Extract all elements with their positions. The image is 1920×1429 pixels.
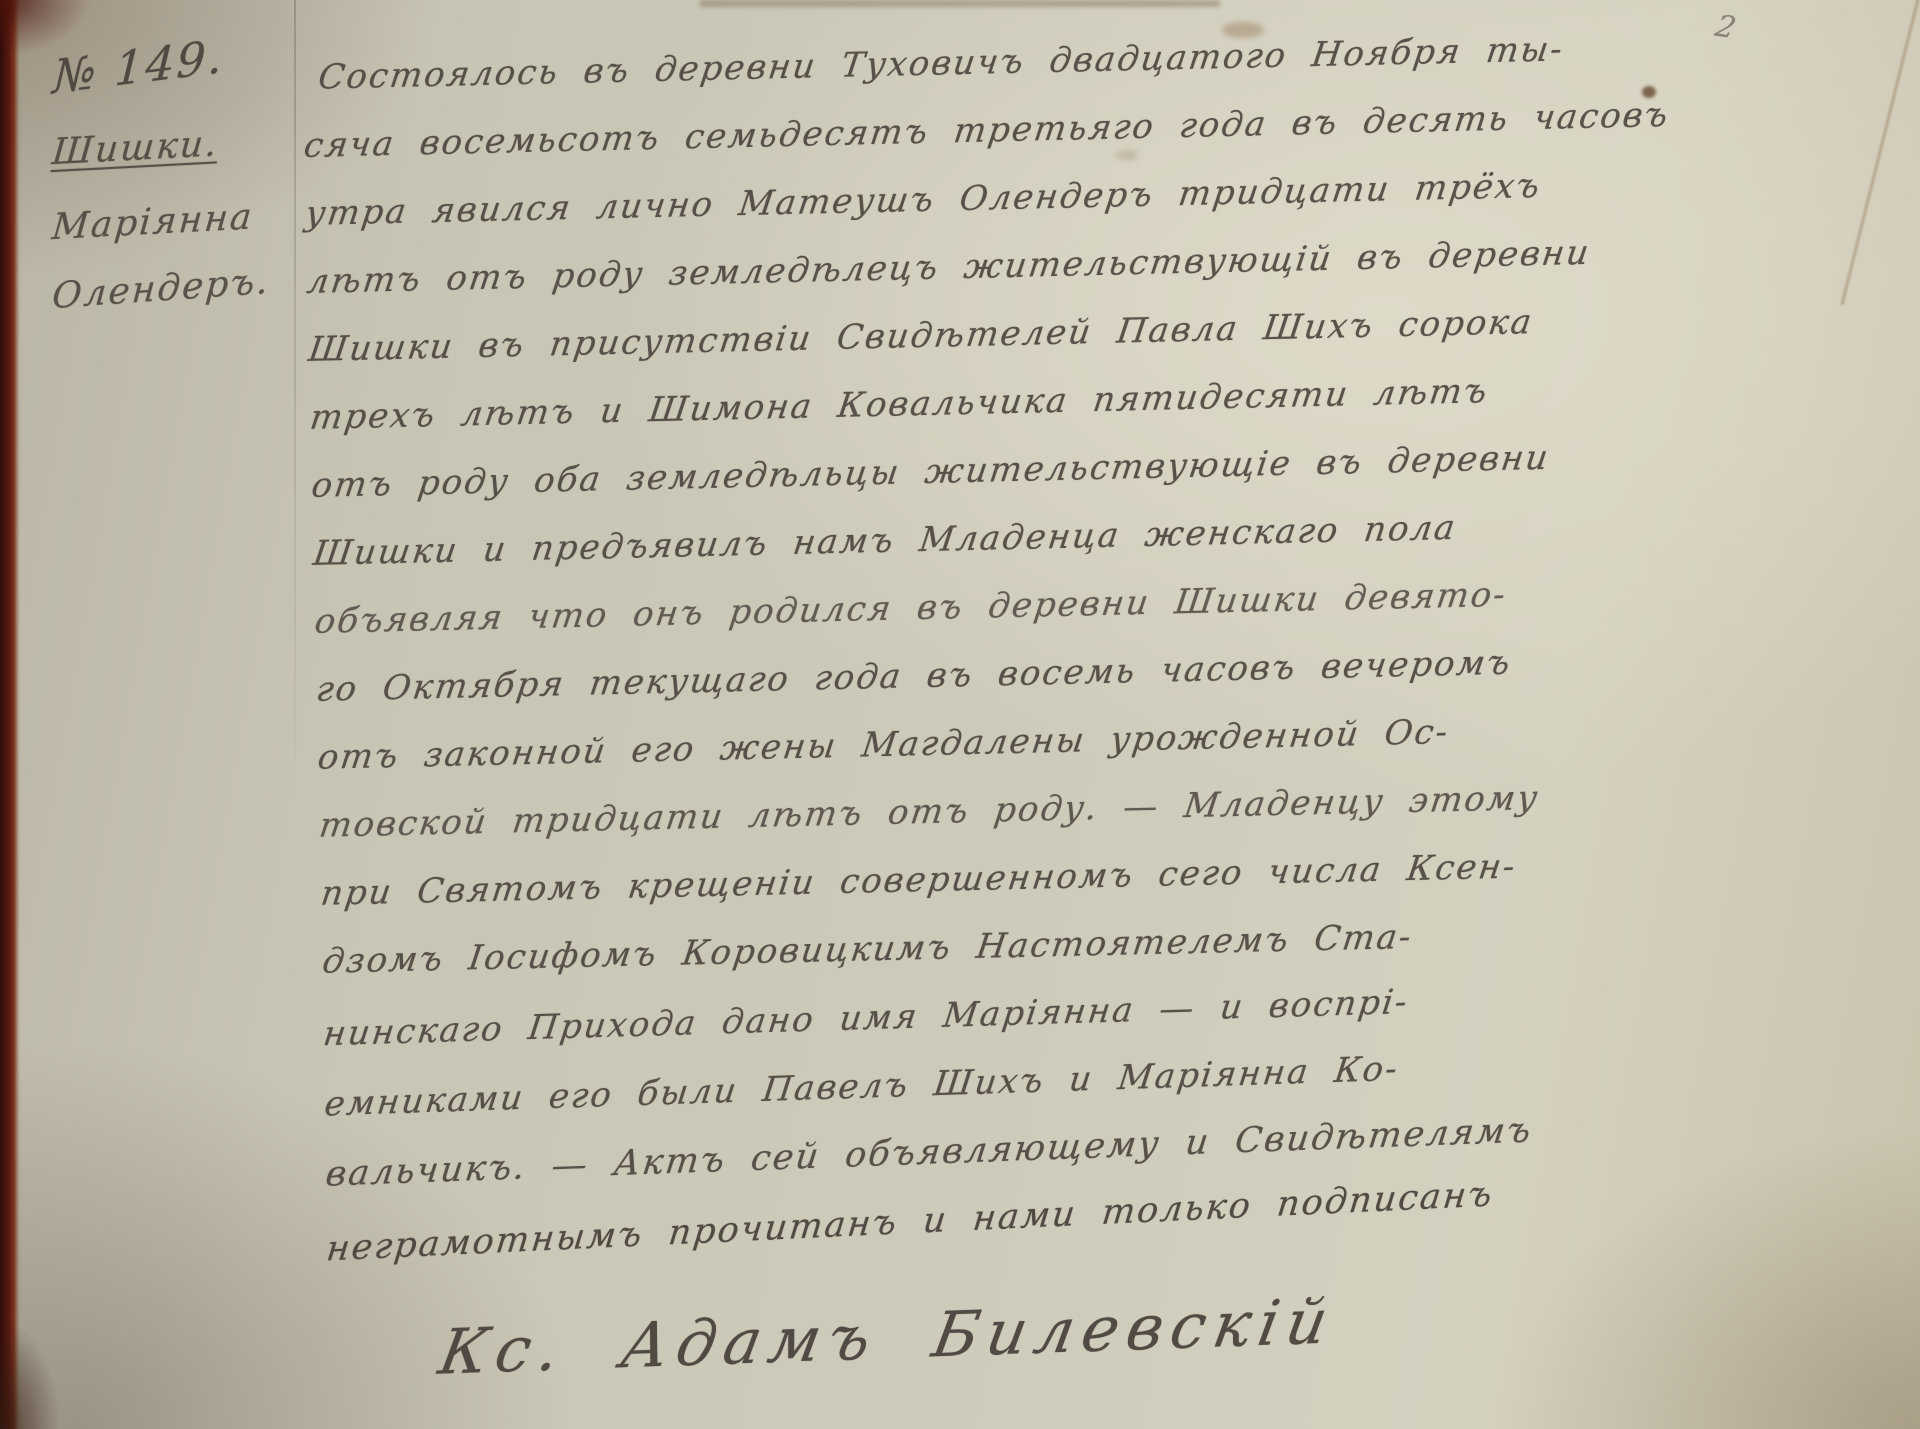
paper-top-edge-shadow — [700, 0, 1220, 7]
book-edge-bottom-left — [0, 1309, 60, 1429]
register-page-photo: 2 № 149. Шишки. Маріянна Олендеръ. Состо… — [0, 0, 1920, 1429]
priest-signature: Кс. Адамъ Билевскій — [434, 1284, 1341, 1389]
folio-mark: 2 — [1712, 9, 1740, 46]
margin-child-surname: Олендеръ. — [51, 260, 283, 317]
margin-annotations: № 149. Шишки. Маріянна Олендеръ. — [52, 36, 282, 309]
book-edge-left — [0, 0, 20, 1429]
record-text-block: Состоялось въ деревни Туховичъ двадцатог… — [300, 29, 1617, 1282]
paper-right-edge — [1840, 0, 1920, 306]
margin-crease-line — [294, 0, 296, 760]
margin-village-name: Шишки. — [50, 120, 283, 173]
margin-child-given-name: Маріянна — [50, 195, 283, 248]
